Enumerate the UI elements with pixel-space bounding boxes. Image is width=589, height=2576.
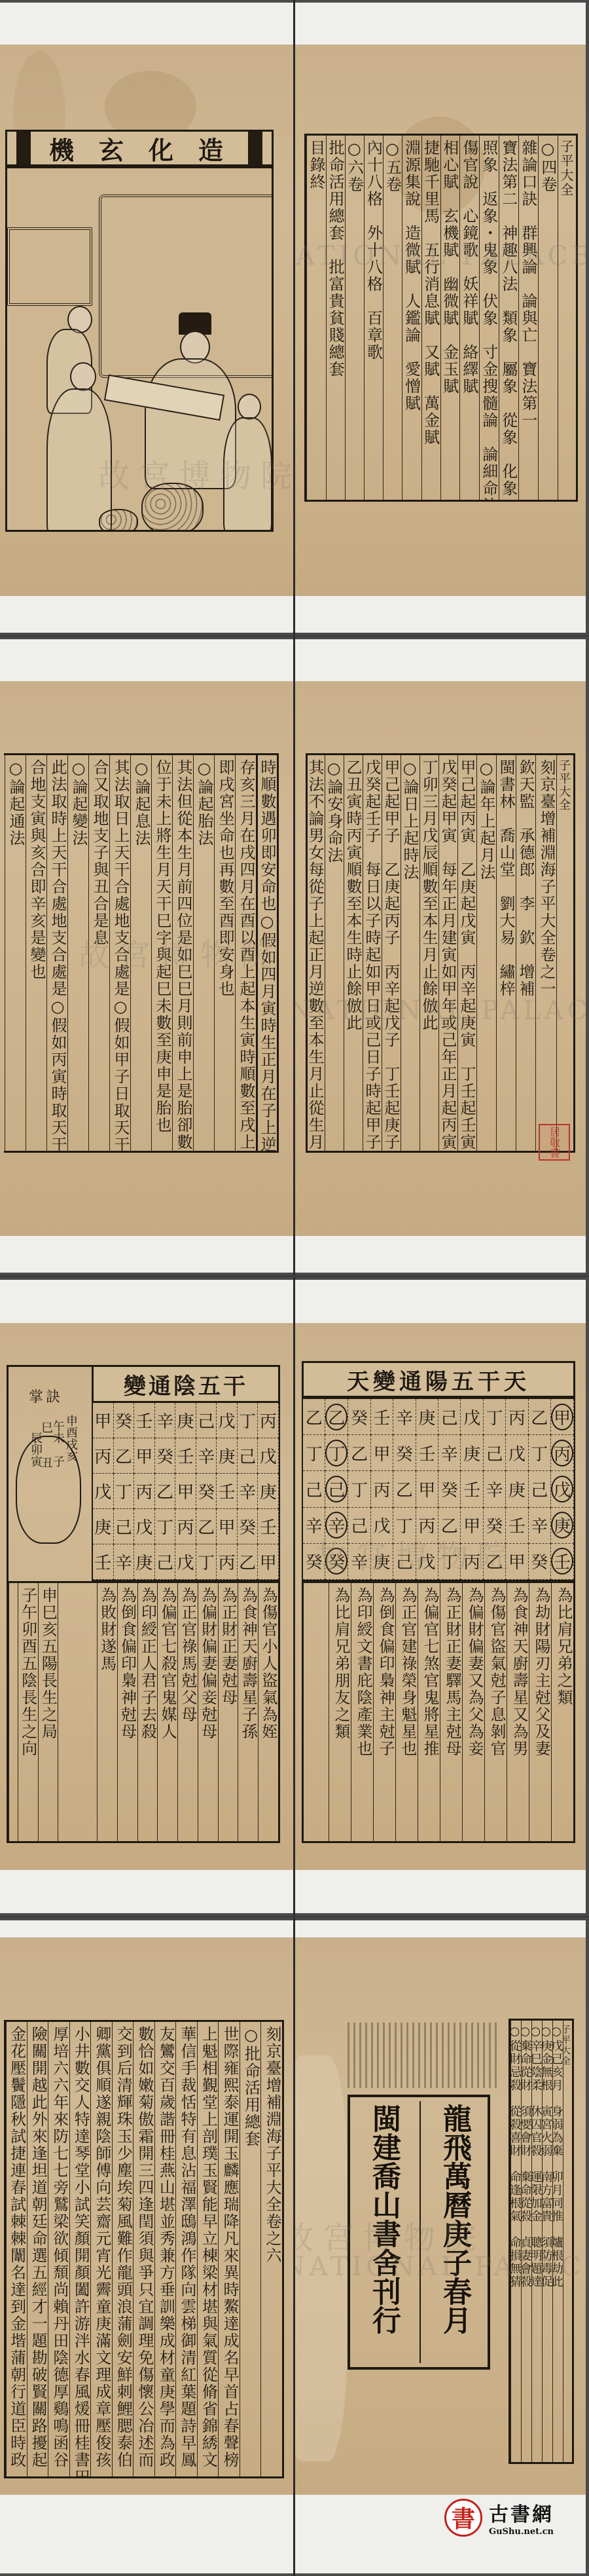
meaning-col: 為偏財偏妻偏妾尅母 bbox=[198, 1583, 218, 1841]
stem-cell: 庚 bbox=[258, 1474, 279, 1509]
stem-cell: 庚 bbox=[175, 1403, 196, 1438]
yin-stems-grid: 丙丁戊己庚辛壬癸甲戊己庚辛壬癸甲乙丙庚辛壬癸甲乙丙丁戊壬癸甲乙丙丁戊己庚甲乙丙丁… bbox=[92, 1402, 280, 1581]
stem-cell: 甲 bbox=[416, 1471, 438, 1507]
toc-col: 捷馳千里馬 五行消息賦 又賦 萬金賦 bbox=[421, 136, 440, 500]
text-col: ○論年上起月法 bbox=[476, 755, 496, 1151]
verse-col: 上魁相覲堂上剖璞玉賢能早立棟梁材堪與氣質從脩省錦綉文 bbox=[197, 2022, 219, 2476]
stem-cell: 庚 bbox=[93, 1509, 114, 1544]
stem-cell: 辛 bbox=[393, 1399, 416, 1435]
stem-cell: 己 bbox=[155, 1544, 176, 1580]
stem-cell: 戊 bbox=[217, 1403, 238, 1438]
stem-cell: 丙 bbox=[217, 1544, 238, 1580]
watermark-en: NATIONAL PALACE MUSEUM bbox=[295, 241, 586, 271]
page-table-of-contents: 子平大全 ○四卷 雜論口訣 群興論 論與亡 寶法第一 寶法第二 神趣八法 類象 … bbox=[295, 3, 586, 633]
verse-col: 險關開越此外來逢坦道朝廷命選五經才一題勘破賢關路擾起 bbox=[27, 2022, 48, 2476]
table-title-yang: 天干五陽通變天 bbox=[302, 1361, 575, 1398]
toc-columns: 子平大全 ○四卷 雜論口訣 群興論 論與亡 寶法第一 寶法第二 神趣八法 類象 … bbox=[304, 134, 578, 502]
toc-col: 子平大全 bbox=[558, 136, 576, 500]
stem-cell: 丙 bbox=[258, 1403, 279, 1438]
page-text-right: 子平大全 刻京臺增補淵海子平大全卷之一 欽天監 承德郎 李 欽 增補 閩書林 喬… bbox=[295, 639, 586, 1273]
verse-col: 刻京臺增補淵海子平大全卷之六 bbox=[260, 2022, 282, 2476]
spread-3: 掌訣 申酉戌亥 午未 子 巳 丑 辰卯寅 干五陰通變 丙丁戊己庚辛壬癸甲戊己庚辛… bbox=[0, 1277, 589, 1916]
table-title-yin: 干五陰通變 bbox=[92, 1365, 280, 1403]
smudged-block bbox=[348, 2023, 498, 2088]
stem-cell: 壬 bbox=[217, 1474, 238, 1509]
stem-cell: 壬 bbox=[134, 1403, 155, 1438]
text-col: 乙丑寅時丙寅順數至本生時止餘倣此 bbox=[344, 755, 363, 1151]
stem-cell: 己 bbox=[196, 1403, 217, 1438]
verse-col: 友鸞交百歲諧冊桂燕山堪並秀兼方垂訓樂成材童庚學而為政 bbox=[154, 2022, 176, 2476]
stem-cell: 辛 bbox=[484, 1471, 506, 1507]
collector-seal: 居敬書 bbox=[539, 1124, 570, 1161]
stem-cell: 癸 bbox=[529, 1544, 551, 1580]
page-yang-table: 天干五陽通變天 甲乙丙丁戊己庚辛壬癸乙乙丙丁戊己庚辛壬癸甲乙丁丁戊己庚辛壬癸甲乙… bbox=[295, 1280, 586, 1913]
stem-cell: 癸 bbox=[196, 1474, 217, 1509]
spread-4: 刻京臺增補淵海子平大全卷之六 ○批命活用總套 世際雍熙泰運開玉麟應瑞降凡來異時鰲… bbox=[0, 1918, 589, 2576]
stem-cell: 丁 bbox=[196, 1544, 217, 1580]
banner-char: 造 bbox=[198, 130, 230, 166]
text-col: 此法取時上天干合處地支合處是○假如丙寅時取天干丙與辛 bbox=[46, 755, 67, 1151]
meaning-col: 為印綬文書庇陰產業也 bbox=[351, 1583, 373, 1841]
meaning-col: 為偏官七殺官鬼媒人 bbox=[157, 1583, 177, 1841]
banner-char: 化 bbox=[149, 130, 180, 166]
text-col: 閩書林 喬山堂 劉大易 繡梓 bbox=[496, 755, 516, 1151]
table-title-text: 天干五陽通變天 bbox=[347, 1364, 530, 1396]
stem-cell: 丁 bbox=[303, 1435, 325, 1471]
stem-cell: 癸 bbox=[438, 1471, 461, 1507]
meaning-col: 為偏財偏妻又為父為妾 bbox=[462, 1583, 484, 1841]
banner-cap-left bbox=[16, 132, 31, 164]
text-col: 丁卯三月戊辰順數至本生月止餘倣此 bbox=[419, 755, 438, 1151]
text-columns: 子平大全 刻京臺增補淵海子平大全卷之一 欽天監 承德郎 李 欽 增補 閩書林 喬… bbox=[306, 753, 575, 1153]
watermark-cn: 故宮博物院 bbox=[79, 930, 281, 975]
stem-cell: 己 bbox=[529, 1471, 551, 1507]
stem-cell: 乙 bbox=[303, 1399, 325, 1435]
stem-cell: 丁 bbox=[529, 1435, 551, 1471]
verse-col: 卿黨俱順遂親陰師傅向芸齋元宵光霽童庚滿文理成章壓俊孩 bbox=[90, 2022, 112, 2476]
stem-cell: 壬 bbox=[416, 1435, 438, 1471]
toc-col: 寶法第二 神趣八法 類象 屬象 從象 化象 bbox=[499, 136, 518, 500]
toc-col: 照象 返象・鬼象 伏象 寸金搜髓論 論細命法 bbox=[479, 136, 499, 500]
meaning-col: 為比肩兄弟朋友之類 bbox=[329, 1583, 351, 1841]
stem-cell: 辛 bbox=[529, 1508, 551, 1544]
meaning-col: 為傷官盜氣尅子息剝官 bbox=[484, 1583, 507, 1841]
stem-cell: 癸 bbox=[238, 1509, 259, 1544]
note-col: 子午卯酉五陰長生之向 bbox=[18, 1583, 38, 1841]
stem-cell: 丙 bbox=[371, 1471, 393, 1507]
stem-cell: 丁 bbox=[155, 1509, 176, 1544]
stem-cell: 乙 bbox=[348, 1435, 370, 1471]
rule-columns: 子平大全 ○戊己亥月 身弱為棄 卯月同推 爐根劫此 ○庚金無根 寅宮火弱 南方富… bbox=[509, 2019, 574, 2464]
attendant-head bbox=[238, 394, 261, 420]
stem-cell: 庚 bbox=[217, 1438, 238, 1474]
stem-cell: 癸 bbox=[348, 1399, 370, 1435]
stem-cell: 乙 bbox=[393, 1471, 416, 1507]
stem-cell-circled: 戊 bbox=[551, 1471, 574, 1507]
stem-cell: 丙 bbox=[134, 1474, 155, 1509]
text-col: ○論起通法 bbox=[5, 755, 26, 1151]
stem-cell: 甲 bbox=[93, 1403, 114, 1438]
stem-cell-circled: 壬 bbox=[551, 1544, 574, 1580]
stem-cell: 乙 bbox=[238, 1544, 259, 1580]
text-col: 戊癸起壬子 每日以子時起如甲日或己日子時起甲子丑時 bbox=[363, 755, 382, 1151]
verse-col: 數恰如嫩菊傲霜開三四逢閏須與爭只宜調理免傷懷公冶述而 bbox=[133, 2022, 154, 2476]
rule-col: ○棄命從財 須要會財 棄命從殺 貞妻會殺 bbox=[521, 2021, 531, 2462]
text-col: 甲己起甲子 乙庚起丙子 丙辛起戊子 丁壬起庚子 bbox=[382, 755, 401, 1151]
page-verse-text: 刻京臺增補淵海子平大全卷之六 ○批命活用總套 世際雍熙泰運開玉麟應瑞降凡來異時鰲… bbox=[0, 1920, 293, 2573]
toc-col: 雜論口訣 群興論 論與亡 寶法第一 bbox=[518, 136, 538, 500]
stem-cell: 甲 bbox=[371, 1435, 393, 1471]
stem-cell: 丙 bbox=[175, 1509, 196, 1544]
stem-cell-circled: 甲 bbox=[551, 1399, 574, 1435]
text-col: 合地支寅與亥合即辛亥是變也 bbox=[26, 755, 46, 1151]
stem-cell-circled: 庚 bbox=[551, 1508, 574, 1544]
text-col: ○論日上起時法 bbox=[401, 755, 419, 1151]
gushu-logo-name: 古書網 bbox=[489, 2498, 554, 2527]
gushu-logo-url: GuShu.net.cn bbox=[489, 2527, 554, 2537]
stem-cell: 辛 bbox=[114, 1544, 135, 1580]
table-title-text: 干五陰通變 bbox=[124, 1368, 248, 1400]
meaning-col: 為比肩兄弟之類 bbox=[551, 1583, 573, 1841]
verse-col: 交到后清輝珠玉少塵埃菊風難作龍頭浪蒲劍安鮮刺鯉腮泰伯 bbox=[112, 2022, 134, 2476]
stem-cell: 甲 bbox=[134, 1438, 155, 1474]
page-illustration: 機 玄 化 造 故宮博物院 bbox=[0, 3, 293, 633]
stem-cell: 壬 bbox=[175, 1438, 196, 1474]
spread-1: 機 玄 化 造 故宮博物院 bbox=[0, 0, 589, 635]
stem-cell: 丙 bbox=[93, 1438, 114, 1474]
stem-cell: 丁 bbox=[484, 1399, 506, 1435]
meaning-col: 為正財正妻尅母 bbox=[218, 1583, 238, 1841]
page-colophon: 龍飛萬曆庚子春月 閩建喬山書舍刊行 子平大全 ○戊己亥月 身弱為棄 卯月同推 爐… bbox=[295, 1920, 586, 2573]
toc-col: 相心賦 玄機賦 幽微賦 金玉賦 bbox=[440, 136, 459, 500]
meaning-col: 為正財正妻驛馬主尅母 bbox=[440, 1583, 462, 1841]
watermark-en: NATIONAL PALACE MUSEUM bbox=[295, 2252, 586, 2282]
meaning-col: 為正官建祿榮身魁星也 bbox=[395, 1583, 418, 1841]
stem-cell: 甲 bbox=[217, 1509, 238, 1544]
hand-label: 午未 子 bbox=[51, 1420, 64, 1467]
meaning-col: 為正官祿馬尅父母 bbox=[177, 1583, 198, 1841]
meaning-col: 為敗財遂馬 bbox=[97, 1583, 117, 1841]
stem-cell: 癸 bbox=[114, 1403, 135, 1438]
gushu-logo[interactable]: 書 古書網 GuShu.net.cn bbox=[444, 2498, 554, 2537]
garden-rock bbox=[99, 509, 138, 532]
meaning-col: 為倒食偏印梟神尅母 bbox=[117, 1583, 137, 1841]
yang-meanings: 為比肩兄弟之類 為劫財陽刃主尅父及妻 為食神天廚壽星又為男 為傷官盜氣尅子息剝官… bbox=[302, 1581, 575, 1843]
stem-cell: 庚 bbox=[461, 1435, 483, 1471]
meaning-col: 為傷官小人盜氣為姪 bbox=[258, 1583, 278, 1841]
verse-col: 金花壓鬢隱秋試捷連春試棘棘闈名達到金堦蒲朝行道臣時政 bbox=[6, 2022, 27, 2476]
stem-cell: 乙 bbox=[114, 1438, 135, 1474]
stem-cell: 庚 bbox=[506, 1471, 528, 1507]
spread-2: 時順數遇卯即安命也○假如四月寅時生正月在子上逆數 存亥三月在戌四月在酉以酉上起本… bbox=[0, 637, 589, 1275]
stem-cell: 己 bbox=[438, 1399, 461, 1435]
page-text-left: 時順數遇卯即安命也○假如四月寅時生正月在子上逆數 存亥三月在戌四月在酉以酉上起本… bbox=[0, 639, 293, 1273]
stem-cell: 乙 bbox=[196, 1509, 217, 1544]
page-yin-table: 掌訣 申酉戌亥 午未 子 巳 丑 辰卯寅 干五陰通變 丙丁戊己庚辛壬癸甲戊己庚辛… bbox=[0, 1280, 293, 1913]
rule-col: 子平大全 bbox=[563, 2021, 572, 2462]
stem-cell: 丁 bbox=[114, 1474, 135, 1509]
watermark-cn: 故宮博物院 bbox=[98, 451, 293, 496]
text-col: 欽天監 承德郎 李 欽 增補 bbox=[516, 755, 535, 1151]
watermark-en: NATIONAL PALACE MUSEUM bbox=[295, 996, 586, 1026]
verse-col: ○批命活用總套 bbox=[240, 2022, 261, 2476]
verse-col: 厚培六六年來防七七旁鷲梁欲傾頹尚賴丹田陰德厚鷄鳴函谷 bbox=[48, 2022, 69, 2476]
stem-cell: 癸 bbox=[393, 1435, 416, 1471]
meaning-col: 為倒食偏印梟神主尅子 bbox=[373, 1583, 395, 1841]
meaning-col: 為食神天廚壽星子孫 bbox=[238, 1583, 258, 1841]
stem-cell: 戊 bbox=[93, 1474, 114, 1509]
stem-cell: 甲 bbox=[175, 1474, 196, 1509]
toc-col: ○四卷 bbox=[538, 136, 558, 500]
watermark-cn: 故宮博物院 bbox=[315, 1531, 518, 1577]
stem-cell: 乙 bbox=[155, 1474, 176, 1509]
stem-cell: 戊 bbox=[461, 1399, 483, 1435]
stem-cell: 壬 bbox=[93, 1544, 114, 1580]
stem-cell: 辛 bbox=[196, 1438, 217, 1474]
toc-col: 批命活用總套 批富貴貧賤總套 bbox=[326, 136, 345, 500]
hand-label: 申酉戌亥 bbox=[64, 1415, 77, 1462]
stem-cell: 丁 bbox=[348, 1471, 370, 1507]
meaning-col: 為劫財陽刃主尅父及妻 bbox=[529, 1583, 551, 1841]
meaning-col: 為偏官七煞官鬼將星推 bbox=[418, 1583, 440, 1841]
rule-col: ○庚金無根 寅宮火弱 南方富貴 須防毒促 bbox=[542, 2021, 552, 2462]
text-col: 甲己起丙寅 乙庚起戊寅 丙辛起庚寅 丁壬起壬寅 bbox=[457, 755, 476, 1151]
railing bbox=[7, 227, 92, 306]
stem-cell: 壬 bbox=[258, 1509, 279, 1544]
stem-cell-circled: 己 bbox=[325, 1471, 348, 1507]
toc-col: ○六卷 bbox=[345, 136, 364, 500]
stem-cell: 壬 bbox=[461, 1471, 483, 1507]
toc-col: ○五卷 bbox=[383, 136, 402, 500]
stem-cell: 乙 bbox=[529, 1399, 551, 1435]
stem-cell: 甲 bbox=[258, 1544, 279, 1580]
rule-col: ○從財忌殺 從殺喜財 命逢根氣 命損無猜 bbox=[510, 2021, 521, 2462]
meaning-col: 為印綬正人君子去殺 bbox=[137, 1583, 158, 1841]
toc-col: 內十八格 外十八格 百章歌 bbox=[364, 136, 383, 500]
stem-cell: 辛 bbox=[155, 1403, 176, 1438]
stem-cell: 庚 bbox=[134, 1544, 155, 1580]
attendant-head bbox=[70, 362, 96, 391]
toc-col: 目錄終 bbox=[306, 136, 326, 500]
stem-cell: 戊 bbox=[134, 1509, 155, 1544]
illustration-banner: 機 玄 化 造 bbox=[5, 130, 274, 166]
yin-meanings: 為傷官小人盜氣為姪 為食神天廚壽星子孫 為正財正妻尅母 為偏財偏妻偏妾尅母 為正… bbox=[7, 1581, 280, 1843]
stem-cell: 己 bbox=[484, 1435, 506, 1471]
stem-cell: 辛 bbox=[438, 1435, 461, 1471]
text-col: 子平大全 bbox=[556, 755, 573, 1151]
toc-col: 傷官說 心鏡歌 妖祥賦 絡繹賦 bbox=[459, 136, 479, 500]
text-col: 戊癸起甲寅 每年正月建寅如甲年或己年正月起丙寅二月 bbox=[438, 755, 457, 1151]
verse-columns: 刻京臺增補淵海子平大全卷之六 ○批命活用總套 世際雍熙泰運開玉麟應瑞降凡來異時鰲… bbox=[4, 2020, 284, 2478]
stem-cell-circled: 乙 bbox=[325, 1399, 348, 1435]
watermark-cn: 故宮博物院 bbox=[295, 2212, 485, 2258]
rule-col: ○辛巳陰柔 休囚官殺 運限加金 聰明題達 bbox=[531, 2021, 542, 2462]
hand-label: 辰卯寅 bbox=[29, 1432, 42, 1467]
stem-cell: 戊 bbox=[506, 1435, 528, 1471]
stem-cell: 丙 bbox=[506, 1399, 528, 1435]
text-col: ○論安身命法 bbox=[325, 755, 344, 1151]
banner-char: 玄 bbox=[99, 130, 130, 166]
meaning-col: 為食神天廚壽星又為男 bbox=[507, 1583, 529, 1841]
text-col: 刻京臺增補淵海子平大全卷之一 bbox=[535, 755, 556, 1151]
stem-cell: 壬 bbox=[371, 1399, 393, 1435]
stem-cell: 庚 bbox=[416, 1399, 438, 1435]
stem-cell-circled: 丁 bbox=[325, 1435, 348, 1471]
stem-cell: 戊 bbox=[175, 1544, 196, 1580]
verse-col: 小井數交人特達琴堂小試笑顏開顏闔許游泮水春風煖冊桂書田自 bbox=[69, 2022, 91, 2476]
stem-cell: 癸 bbox=[155, 1438, 176, 1474]
verse-col: 世際雍熙泰運開玉麟應瑞降凡來異時鰲達成名早首占春聲榜 bbox=[218, 2022, 240, 2476]
text-col: 其法不論男女每從子上起正月逆數至本生月止從生月上起生 bbox=[306, 755, 325, 1151]
hand-title: 掌訣 bbox=[29, 1386, 63, 1406]
rule-col: ○戊己亥月 身弱為棄 卯月同推 爐根劫此 bbox=[552, 2021, 563, 2462]
stem-cell: 戊 bbox=[258, 1438, 279, 1474]
banner-cap-right bbox=[248, 132, 262, 164]
stem-cell: 丁 bbox=[238, 1403, 259, 1438]
stem-cell: 辛 bbox=[238, 1474, 259, 1509]
stem-cell: 己 bbox=[303, 1471, 325, 1507]
verse-col: 華信手裁恬特有息沾福澤鴟鴻作隊向雲梯御清紅葉題詩早鳳 bbox=[175, 2022, 197, 2476]
stem-cell: 己 bbox=[114, 1509, 135, 1544]
stem-cell: 己 bbox=[238, 1438, 259, 1474]
gushu-logo-icon: 書 bbox=[444, 2499, 482, 2537]
note-col: 申巳亥五陽長生之局 bbox=[38, 1583, 58, 1841]
banner-char: 機 bbox=[49, 130, 80, 166]
toc-col: 淵源集說 造微賦 人鑑論 愛憎賦 bbox=[402, 136, 421, 500]
stem-cell-circled: 丙 bbox=[551, 1435, 574, 1471]
